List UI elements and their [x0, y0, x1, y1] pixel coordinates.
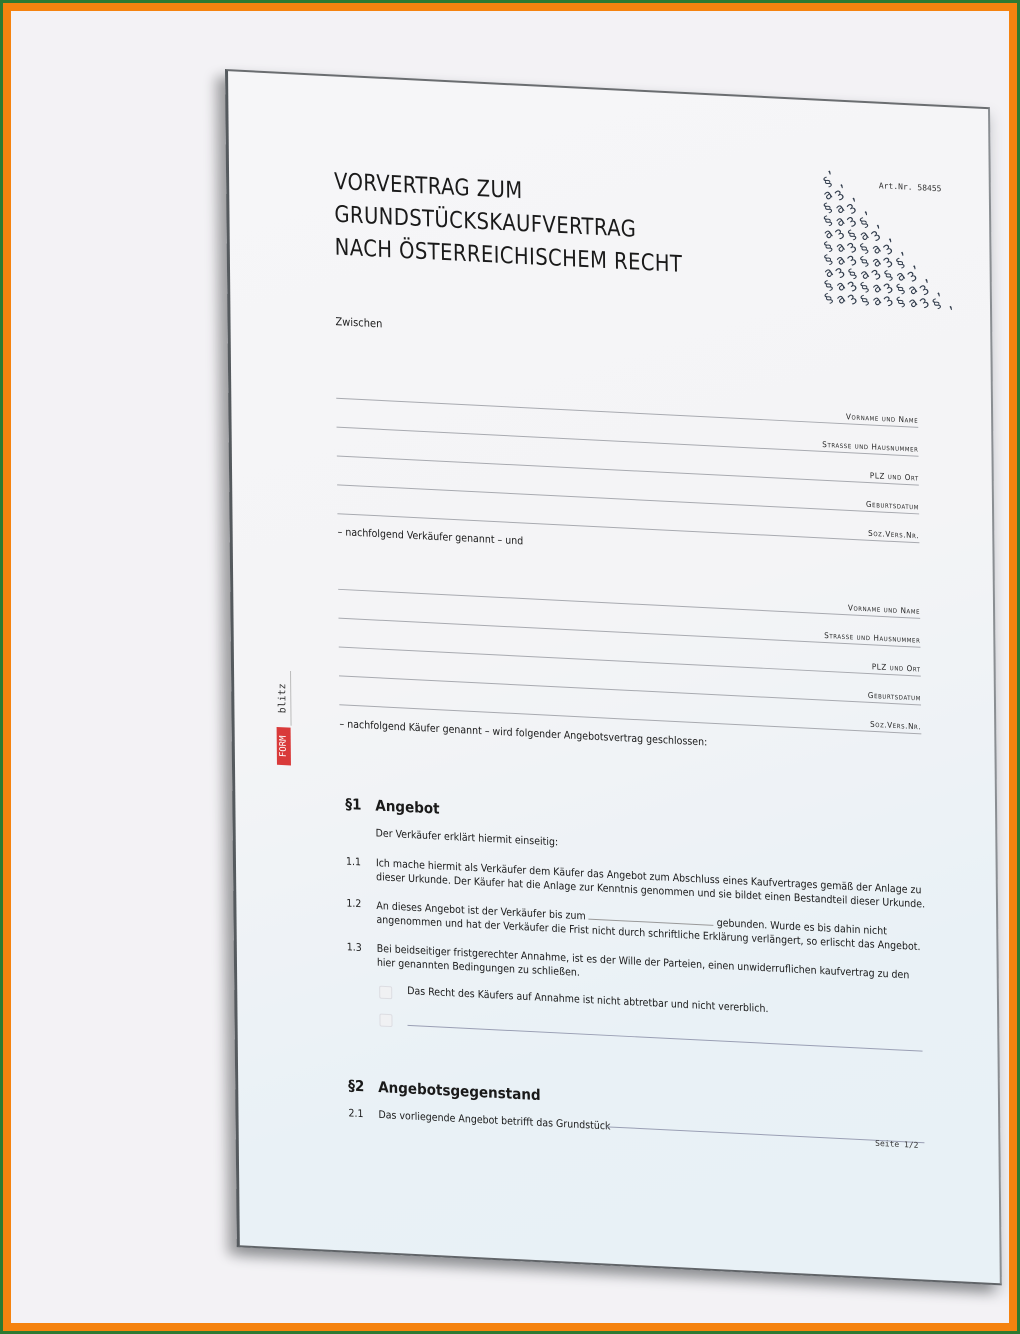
svg-text:3: 3	[833, 265, 848, 282]
svg-text:a: a	[870, 293, 885, 310]
outer-frame: VORVERTRAG ZUM GRUNDSTÜCKSKAUFVERTRAG NA…	[3, 3, 1017, 1331]
section-1-heading: §1Angebot	[345, 795, 439, 818]
svg-text:§: §	[857, 215, 872, 232]
svg-text:3: 3	[833, 227, 848, 244]
buyer-note: – nachfolgend Käufer genannt – wird folg…	[339, 718, 707, 748]
seller-fields: Vorname und NameStrasse und HausnummerPL…	[228, 71, 988, 109]
canvas-background: VORVERTRAG ZUM GRUNDSTÜCKSKAUFVERTRAG NA…	[11, 11, 1009, 1323]
svg-text:,: ,	[845, 188, 860, 205]
svg-text:a: a	[821, 187, 836, 204]
document-page: VORVERTRAG ZUM GRUNDSTÜCKSKAUFVERTRAG NA…	[225, 69, 1002, 1285]
page-indicator: Seite 1/2	[875, 1139, 918, 1150]
section-2-heading: §2Angebotsgegenstand	[348, 1077, 541, 1105]
svg-text:3: 3	[881, 242, 896, 259]
svg-text:a: a	[857, 228, 872, 245]
option-checkbox-1[interactable]	[379, 986, 392, 1000]
formblitz-logo: blitz FORM	[276, 670, 293, 765]
svg-text:§: §	[822, 291, 837, 308]
svg-text:a: a	[906, 295, 921, 312]
svg-text:a: a	[821, 265, 836, 282]
svg-text:§: §	[845, 227, 860, 244]
svg-text:3: 3	[845, 253, 860, 270]
svg-text:§: §	[821, 239, 836, 256]
svg-text:,: ,	[820, 161, 835, 178]
svg-text:3: 3	[918, 282, 933, 299]
svg-text:§: §	[821, 200, 836, 217]
svg-text:§: §	[894, 281, 909, 298]
svg-text:3: 3	[882, 294, 897, 311]
buyer-fields: Vorname und NameStrasse und HausnummerPL…	[228, 71, 988, 109]
svg-text:§: §	[881, 268, 896, 285]
svg-text:3: 3	[905, 269, 920, 286]
svg-text:3: 3	[869, 267, 884, 284]
svg-text:,: ,	[869, 215, 884, 232]
svg-text:3: 3	[918, 295, 933, 312]
option-checkbox-2[interactable]	[379, 1014, 392, 1028]
intro-text: Zwischen	[335, 315, 382, 330]
svg-text:3: 3	[846, 279, 861, 296]
svg-text:,: ,	[893, 242, 908, 259]
svg-text:§: §	[821, 213, 836, 230]
svg-text:3: 3	[881, 255, 896, 272]
svg-text:§: §	[821, 252, 836, 269]
svg-text:a: a	[833, 201, 848, 218]
date-blank-field[interactable]	[589, 909, 714, 926]
svg-text:§: §	[857, 254, 872, 271]
field-label: Geburtsdatum	[868, 691, 921, 703]
svg-text:a: a	[833, 239, 848, 256]
svg-text:3: 3	[833, 188, 848, 205]
svg-text:3: 3	[846, 292, 861, 309]
svg-text:,: ,	[832, 175, 847, 192]
svg-text:a: a	[857, 267, 872, 284]
svg-text:3: 3	[845, 214, 860, 231]
svg-text:3: 3	[845, 240, 860, 257]
seller-note: – nachfolgend Verkäufer genannt – und	[338, 526, 524, 547]
svg-text:§: §	[857, 241, 872, 258]
svg-text:§: §	[820, 174, 835, 191]
svg-text:a: a	[833, 214, 848, 231]
svg-text:a: a	[893, 268, 908, 285]
svg-text:§: §	[894, 294, 909, 311]
option-blank-line[interactable]	[408, 1025, 923, 1052]
svg-text:a: a	[833, 252, 848, 269]
svg-text:3: 3	[845, 201, 860, 218]
svg-text:3: 3	[882, 281, 897, 298]
field-label: PLZ und Ort	[872, 662, 921, 673]
svg-text:,: ,	[905, 256, 920, 273]
svg-text:§: §	[858, 279, 873, 296]
svg-text:a: a	[834, 291, 849, 308]
svg-text:a: a	[869, 254, 884, 271]
svg-text:,: ,	[942, 297, 957, 314]
field-label: Geburtsdatum	[866, 500, 919, 512]
svg-text:§: §	[930, 296, 945, 313]
svg-text:3: 3	[869, 228, 884, 245]
svg-text:§: §	[845, 266, 860, 283]
svg-text:a: a	[834, 278, 849, 295]
svg-text:,: ,	[857, 202, 872, 219]
svg-text:,: ,	[930, 283, 945, 300]
option-text-1: Das Recht des Käufers auf Annahme ist ni…	[407, 985, 768, 1015]
svg-text:a: a	[821, 226, 836, 243]
svg-text:§: §	[822, 278, 837, 295]
field-label: PLZ und Ort	[870, 471, 919, 482]
svg-text:,: ,	[917, 270, 932, 287]
svg-text:§: §	[858, 292, 873, 309]
document-title: VORVERTRAG ZUM GRUNDSTÜCKSKAUFVERTRAG NA…	[334, 166, 683, 282]
svg-text:,: ,	[881, 229, 896, 246]
svg-text:a: a	[870, 280, 885, 297]
svg-text:a: a	[869, 241, 884, 258]
field-label: Soz.Vers.Nr.	[870, 720, 921, 732]
field-label: Soz.Vers.Nr.	[868, 529, 919, 541]
svg-text:§: §	[893, 255, 908, 272]
svg-text:a: a	[906, 282, 921, 299]
